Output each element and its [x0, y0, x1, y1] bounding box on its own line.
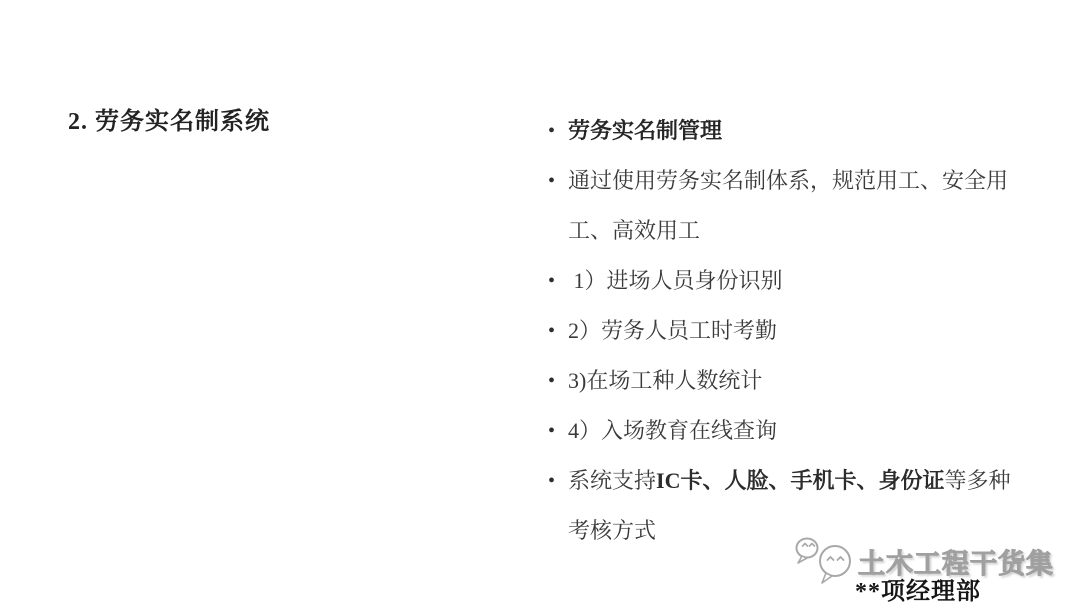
bullet-item: • 4）入场教育在线查询	[548, 406, 1026, 456]
bullet-text: 劳务实名制管理	[568, 106, 1026, 156]
bullet-icon: •	[548, 156, 568, 206]
bullet-item: • 2）劳务人员工时考勤	[548, 306, 1026, 356]
bullet-list: • 劳务实名制管理 • 通过使用劳务实名制体系，规范用工、安全用工、高效用工 •…	[548, 106, 1026, 556]
bullet-text-emphasis: IC卡、人脸、手机卡、身份证	[656, 468, 944, 493]
slide-title: 2. 劳务实名制系统	[68, 104, 270, 140]
bullet-item: • 3)在场工种人数统计	[548, 356, 1026, 406]
bullet-text: 4）入场教育在线查询	[568, 406, 1026, 456]
bullet-icon: •	[548, 306, 568, 356]
bullet-text: 通过使用劳务实名制体系，规范用工、安全用工、高效用工	[568, 156, 1026, 256]
chat-bubbles-faces-icon	[793, 535, 859, 594]
bullet-icon: •	[548, 356, 568, 406]
bullet-icon: •	[548, 256, 568, 306]
bullet-icon: •	[548, 106, 568, 156]
bullet-text: 系统支持IC卡、人脸、手机卡、身份证等多种考核方式	[568, 456, 1014, 556]
bullet-icon: •	[548, 456, 568, 506]
bullet-text-prefix: 系统支持	[568, 468, 656, 493]
bullet-item: • 通过使用劳务实名制体系，规范用工、安全用工、高效用工	[548, 156, 1026, 256]
watermark-department-label: **项经理部	[855, 571, 981, 606]
bullet-text: 2）劳务人员工时考勤	[568, 306, 1026, 356]
bullet-icon: •	[548, 406, 568, 456]
bullet-text: 1）进场人员身份识别	[568, 256, 1026, 306]
bullet-item: • 1）进场人员身份识别	[548, 256, 1026, 306]
bullet-text: 3)在场工种人数统计	[568, 356, 1026, 406]
bullet-item: • 系统支持IC卡、人脸、手机卡、身份证等多种考核方式	[548, 456, 1026, 556]
bullet-item: • 劳务实名制管理	[548, 106, 1026, 156]
presentation-slide: 2. 劳务实名制系统 • 劳务实名制管理 • 通过使用劳务实名制体系，规范用工、…	[0, 0, 1080, 608]
